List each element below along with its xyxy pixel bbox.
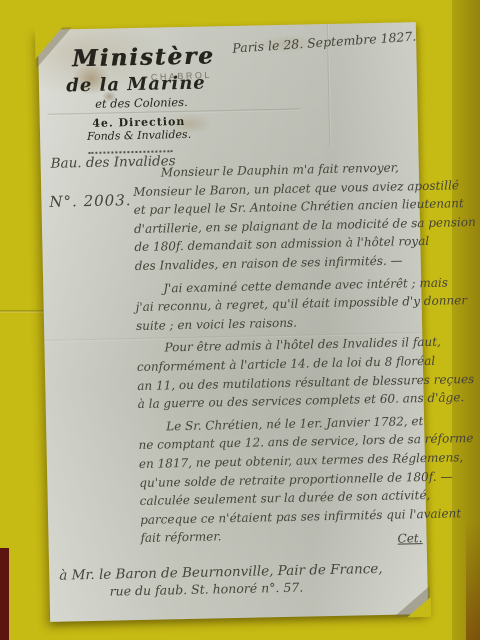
dateline: Paris le 28. Septembre 1827. (232, 27, 443, 56)
catchword: Cet. (397, 531, 422, 546)
dogear-fold (407, 597, 431, 617)
address-block: à Mr. le Baron de Beurnonville, Pair de … (59, 560, 440, 600)
backdrop-red-edge-right (466, 520, 480, 640)
paragraph: Le Sr. Chrétien, né le 1er. Janvier 1782… (138, 411, 439, 547)
letterhead-division: Fonds & Invalides. (54, 127, 224, 144)
backdrop-maroon-edge-left (0, 548, 9, 640)
letterhead-ministry-title: Ministère (50, 42, 237, 73)
letterhead-colonies: et des Colonies. (53, 94, 229, 112)
paragraph: Pour être admis à l'hôtel des Invalides … (136, 333, 435, 414)
photo-backdrop: Ministère de la Marine et des Colonies. … (0, 0, 480, 640)
paragraph: Monsieur le Dauphin m'a fait renvoyer, M… (133, 158, 433, 276)
letter-body: Monsieur le Dauphin m'a fait renvoyer, M… (133, 158, 439, 552)
backdrop-crease (0, 310, 46, 313)
paragraph: J'ai examiné cette demande avec intérêt … (135, 273, 434, 335)
paper-sheet: Ministère de la Marine et des Colonies. … (38, 22, 428, 622)
